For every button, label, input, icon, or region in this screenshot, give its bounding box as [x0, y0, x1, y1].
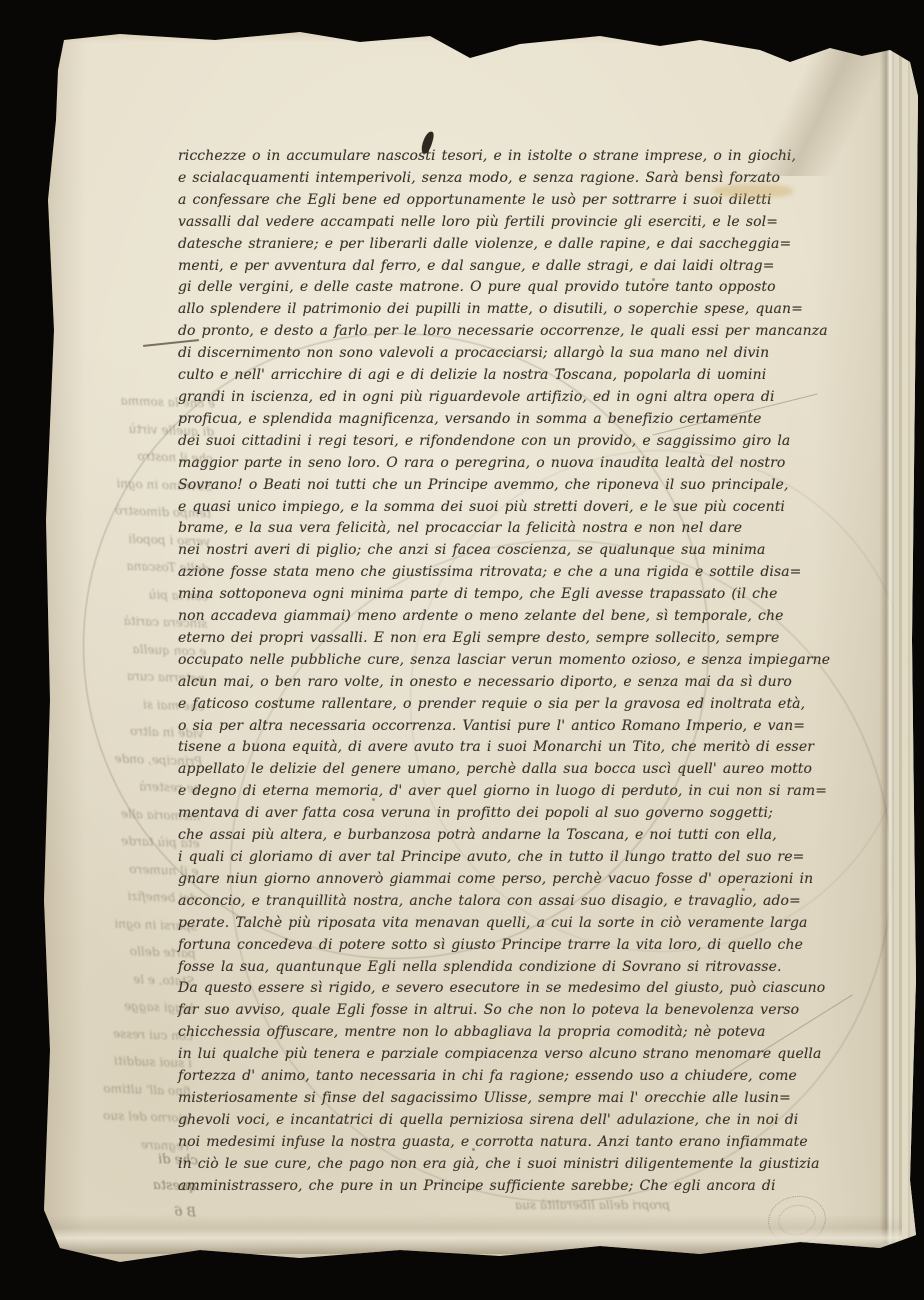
manuscript-line: gi delle vergini, e delle caste matrone.…: [178, 277, 868, 299]
manuscript-line: in lui qualche più tenera e parziale com…: [178, 1044, 868, 1066]
manuscript-line: Sovrano! o Beati noi tutti che un Princi…: [178, 475, 868, 497]
manuscript-line: di discernimento non sono valevoli a pro…: [178, 343, 868, 365]
manuscript-line: fortuna concedeva di potere sotto sì giu…: [178, 935, 868, 957]
manuscript-line: appellato le delizie del genere umano, p…: [178, 759, 868, 781]
manuscript-line: acconcio, e tranquillità nostra, anche t…: [178, 891, 868, 913]
manuscript-line: allo splendere il patrimonio dei pupilli…: [178, 299, 868, 321]
manuscript-line: Da questo essere sì rigido, e severo ese…: [178, 978, 868, 1000]
manuscript-page: e che la sommadi quelle virtùche il nost…: [42, 28, 918, 1264]
manuscript-text: ricchezze o in accumulare nascosti tesor…: [178, 146, 868, 1198]
manuscript-line: i quali ci gloriamo di aver tal Principe…: [178, 847, 868, 869]
yellow-stain: [713, 184, 793, 198]
manuscript-line: vassalli dal vedere accampati nelle loro…: [178, 212, 868, 234]
manuscript-line: perate. Talchè più riposata vita menavan…: [178, 913, 868, 935]
paper-speck: [372, 798, 375, 801]
manuscript-line: fosse la sua, quantunque Egli nella sple…: [178, 957, 868, 979]
page-fold-shadow: [732, 36, 897, 176]
manuscript-line: amministrassero, che pure in un Principe…: [178, 1176, 868, 1198]
manuscript-line: do pronto, e desto a farlo per le loro n…: [178, 321, 868, 343]
manuscript-line: mentava di aver fatta cosa veruna in pro…: [178, 803, 868, 825]
manuscript-line: eterno dei propri vassalli. E non era Eg…: [178, 628, 868, 650]
manuscript-line: ghevoli voci, e incantatrici di quella p…: [178, 1110, 868, 1132]
paper-speck: [472, 1148, 475, 1151]
paper-speck: [222, 1008, 225, 1011]
manuscript-line: dei suoi cittadini i regi tesori, e rifo…: [178, 431, 868, 453]
manuscript-line: brame, e la sua vera felicità, nel proca…: [178, 518, 868, 540]
manuscript-line: gnare niun giorno annoverò giammai come …: [178, 869, 868, 891]
manuscript-line: o sia per altra necessaria occorrenza. V…: [178, 716, 868, 738]
manuscript-line: e degno di eterna memoria, d' aver quel …: [178, 781, 868, 803]
paper-speck: [302, 568, 305, 571]
manuscript-line: maggior parte in seno loro. O rara o per…: [178, 453, 868, 475]
paper-speck: [562, 368, 565, 371]
manuscript-line: occupato nelle pubbliche cure, senza las…: [178, 650, 868, 672]
manuscript-line: culto e nell' arricchire di agi e di del…: [178, 365, 868, 387]
manuscript-line: proficua, e splendida magnificenza, vers…: [178, 409, 868, 431]
manuscript-line: e quasi unico impiego, e la somma dei su…: [178, 497, 868, 519]
bottom-page-edge: [50, 1214, 902, 1254]
manuscript-line: alcun mai, o ben raro volte, in onesto e…: [178, 672, 868, 694]
scanned-manuscript-photo: e che la sommadi quelle virtùche il nost…: [0, 0, 924, 1300]
manuscript-line: non accadeva giammai) meno ardente o men…: [178, 606, 868, 628]
paper-speck: [652, 278, 655, 281]
manuscript-line: datesche straniere; e per liberarli dall…: [178, 234, 868, 256]
manuscript-line: tisene a buona equità, di avere avuto tr…: [178, 737, 868, 759]
manuscript-line: fortezza d' animo, tanto necessaria in c…: [178, 1066, 868, 1088]
manuscript-line: in ciò le sue cure, che pago non era già…: [178, 1154, 868, 1176]
manuscript-line: menti, e per avventura dal ferro, e dal …: [178, 256, 868, 278]
manuscript-line: nei nostri averi di piglio; che anzi si …: [178, 540, 868, 562]
manuscript-line: che assai più altera, e burbanzosa potrà…: [178, 825, 868, 847]
manuscript-line: e faticoso costume rallentare, o prender…: [178, 694, 868, 716]
manuscript-line: noi medesimi infuse la nostra guasta, e …: [178, 1132, 868, 1154]
manuscript-line: misteriosamente si finse del sagacissimo…: [178, 1088, 868, 1110]
manuscript-line: far suo avviso, quale Egli fosse in altr…: [178, 1000, 868, 1022]
manuscript-line: mina sottoponeva ogni minima parte di te…: [178, 584, 868, 606]
paper-speck: [742, 888, 745, 891]
stacked-page-edges: [894, 52, 918, 1244]
manuscript-line: chicchessia offuscare, mentre non lo abb…: [178, 1022, 868, 1044]
manuscript-line: azione fosse stata meno che giustissima …: [178, 562, 868, 584]
